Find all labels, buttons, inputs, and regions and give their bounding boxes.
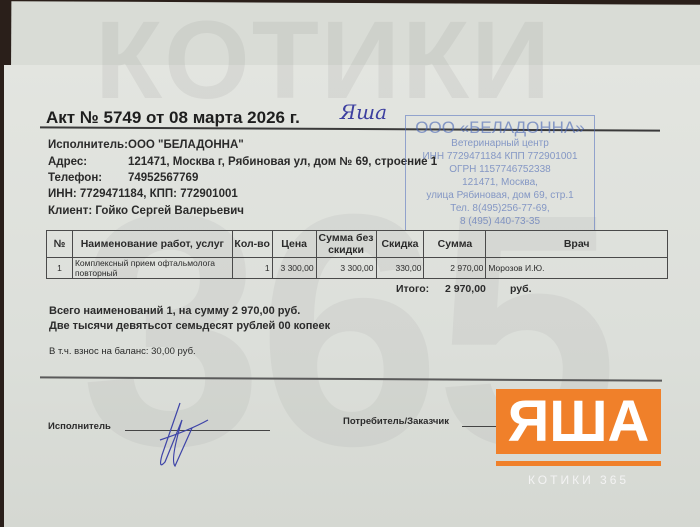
col-header-price: Цена xyxy=(272,231,316,258)
phone-value: 74952567769 xyxy=(128,172,198,184)
stamp-line: Ветеринарный центр xyxy=(406,137,594,150)
watermark-top: КОТИКИ xyxy=(95,6,552,116)
badge-title: ЯША xyxy=(508,393,650,451)
table-edge xyxy=(0,52,4,527)
executor-value: ООО "БЕЛАДОННА" xyxy=(128,139,244,151)
cell-sum-no-discount: 3 300,00 xyxy=(316,258,376,279)
cell-doctor: Морозов И.Ю. xyxy=(486,258,668,279)
customer-signature-label: Потребитель/Заказчик xyxy=(343,416,449,427)
services-table: № Наименование работ, услуг Кол-во Цена … xyxy=(46,230,668,279)
address-value: 121471, Москва г, Рябиновая ул, дом № 69… xyxy=(128,156,437,168)
executor-label: Исполнитель: xyxy=(48,139,128,151)
col-header-qty: Кол-во xyxy=(232,231,272,258)
col-header-name: Наименование работ, услуг xyxy=(72,231,232,258)
summary-count: Всего наименований 1, на сумму 2 970,00 … xyxy=(49,305,300,317)
phone-row: Телефон: 74952567769 xyxy=(48,172,102,184)
col-header-sum: Сумма xyxy=(424,231,486,258)
col-header-no: № xyxy=(47,231,73,258)
phone-label: Телефон: xyxy=(48,172,102,184)
total-currency: руб. xyxy=(510,283,532,295)
col-header-doctor: Врач xyxy=(486,231,668,258)
table-row: 1 Комплексный прием офтальмолога повторн… xyxy=(47,258,668,279)
document-title: Акт № 5749 от 08 марта 2026 г. xyxy=(46,108,300,128)
badge-underline xyxy=(496,461,661,466)
handwritten-note: Яша xyxy=(340,100,387,124)
col-header-discount: Скидка xyxy=(376,231,424,258)
cell-price: 3 300,00 xyxy=(272,258,316,279)
cell-name: Комплексный прием офтальмолога повторный xyxy=(72,258,232,279)
executor-row: Исполнитель: ООО "БЕЛАДОННА" xyxy=(48,139,128,151)
client: Клиент: Гойко Сергей Валерьевич xyxy=(48,205,244,217)
badge-subtitle: КОТИКИ 365 xyxy=(496,473,661,487)
company-stamp: ООО «БЕЛАДОННА» Ветеринарный центр ИНН 7… xyxy=(405,115,595,231)
signature-icon xyxy=(140,400,210,480)
cell-qty: 1 xyxy=(232,258,272,279)
summary-words: Две тысячи девятьсот семьдесят рублей 00… xyxy=(49,320,330,332)
stamp-line: 8 (495) 440-73-35 xyxy=(406,215,594,228)
stamp-org: ООО «БЕЛАДОННА» xyxy=(406,118,594,137)
cell-sum: 2 970,00 xyxy=(424,258,486,279)
total-value: 2 970,00 xyxy=(445,283,486,295)
stamp-line: Тел. 8(495)256-77-69, xyxy=(406,202,594,215)
stamp-line: ИНН 7729471184 КПП 772901001 xyxy=(406,150,594,163)
stamp-line: ОГРН 1157746752338 xyxy=(406,163,594,176)
address-row: Адрес: 121471, Москва г, Рябиновая ул, д… xyxy=(48,156,87,168)
table-header-row: № Наименование работ, услуг Кол-во Цена … xyxy=(47,231,668,258)
inn-kpp: ИНН: 7729471184, КПП: 772901001 xyxy=(48,188,238,200)
brand-badge: ЯША xyxy=(496,389,661,454)
cell-discount: 330,00 xyxy=(376,258,424,279)
cell-no: 1 xyxy=(47,258,73,279)
stamp-line: 121471, Москва, xyxy=(406,176,594,189)
summary-balance: В т.ч. взнос на баланс: 30,00 руб. xyxy=(49,346,196,357)
address-label: Адрес: xyxy=(48,156,87,168)
executor-signature-label: Исполнитель xyxy=(48,421,111,432)
col-header-sum-no-discount: Сумма без скидки xyxy=(316,231,376,258)
stamp-line: улица Рябиновая, дом 69, стр.1 xyxy=(406,189,594,202)
total-label: Итого: xyxy=(396,283,429,295)
